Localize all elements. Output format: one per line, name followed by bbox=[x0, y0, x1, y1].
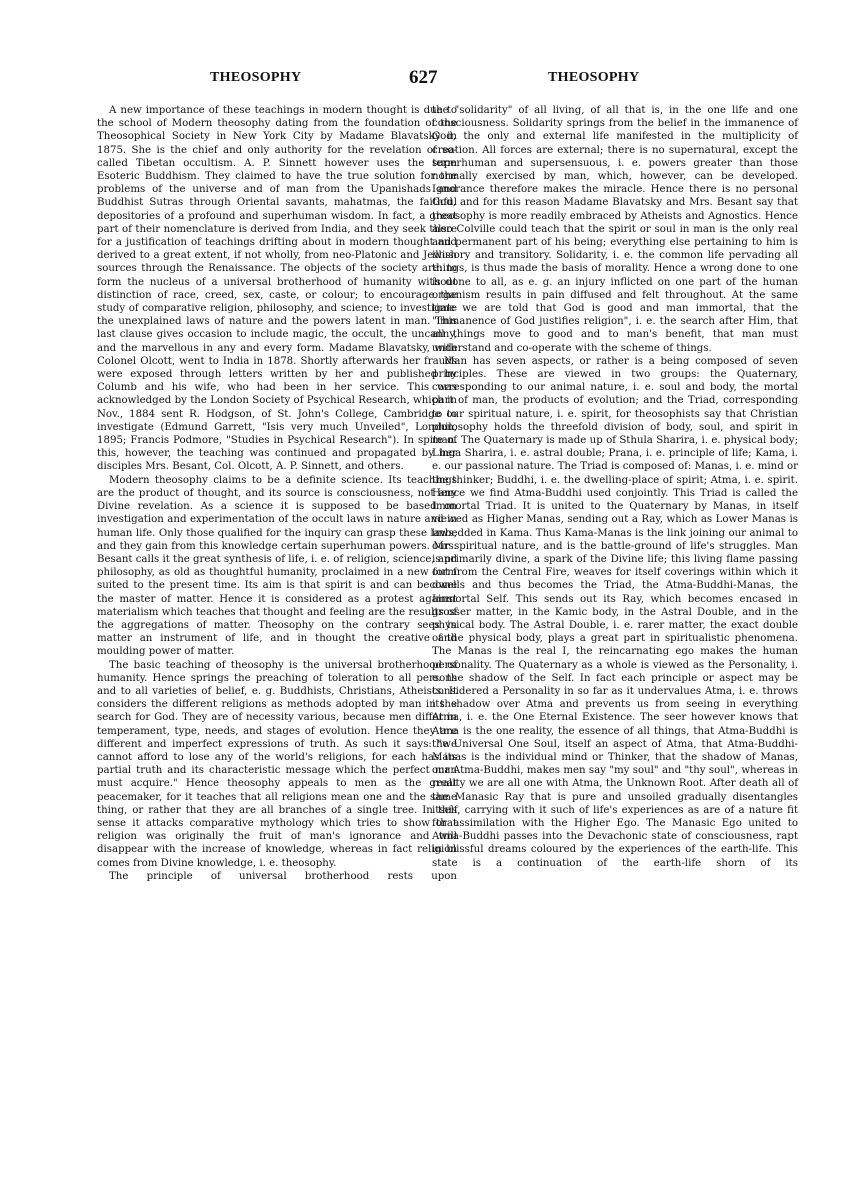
paragraph: The basic teaching of theosophy is the u… bbox=[97, 659, 457, 870]
right-column: the "solidarity" of all living, of all t… bbox=[432, 104, 798, 870]
page-header: THEOSOPHY 627 THEOSOPHY bbox=[0, 70, 864, 94]
paragraph: Man has seven aspects, or rather is a be… bbox=[432, 355, 798, 870]
running-head-left: THEOSOPHY bbox=[210, 70, 301, 86]
page-number: 627 bbox=[409, 67, 438, 89]
left-column: A new importance of these teachings in m… bbox=[97, 104, 457, 883]
paragraph: the "solidarity" of all living, of all t… bbox=[432, 104, 798, 355]
paragraph: The principle of universal brotherhood r… bbox=[97, 870, 457, 883]
paragraph: Modern theosophy claims to be a definite… bbox=[97, 474, 457, 659]
paragraph: A new importance of these teachings in m… bbox=[97, 104, 457, 474]
running-head-right: THEOSOPHY bbox=[548, 70, 639, 86]
document-page: THEOSOPHY 627 THEOSOPHY A new importance… bbox=[0, 0, 864, 1202]
